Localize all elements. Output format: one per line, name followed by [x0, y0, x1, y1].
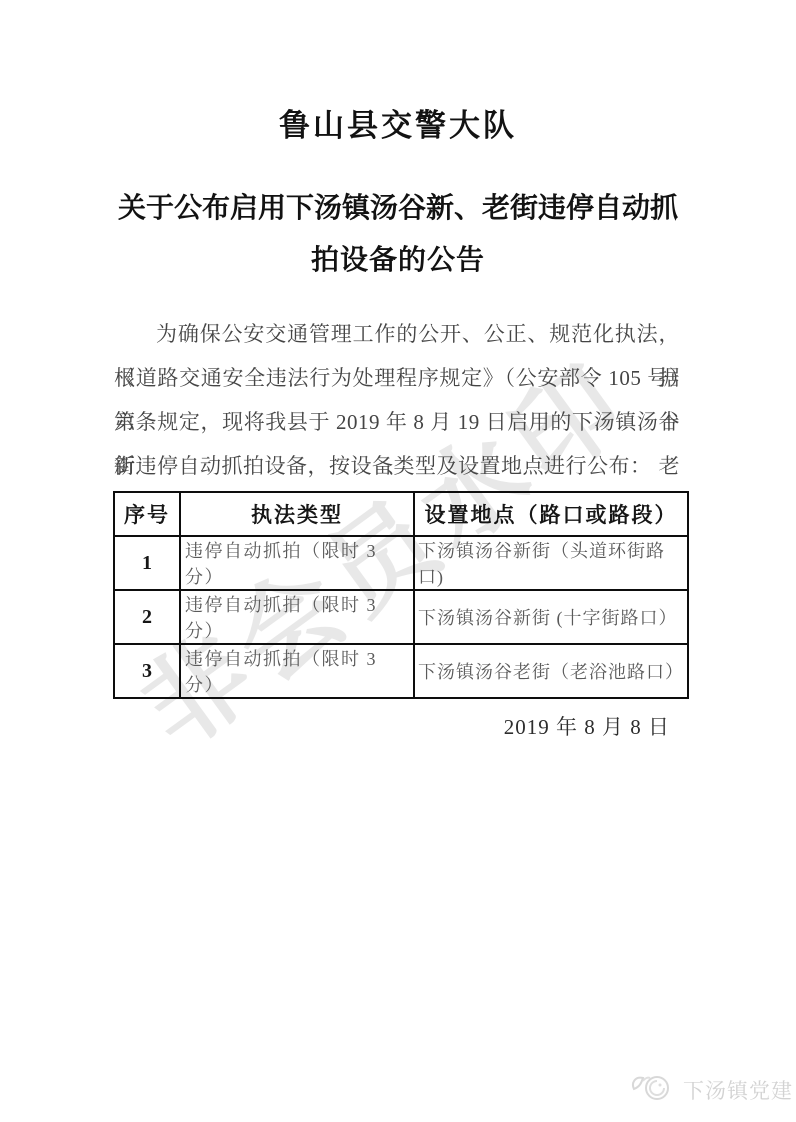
- body-paragraph: 为确保公安交通管理工作的公开、公正、规范化执法，根据《道路交通安全违法行为处理程…: [114, 312, 680, 488]
- header-location: 设置地点（路口或路段）: [414, 492, 688, 536]
- table-body: 1违停自动抓拍（限时 3 分）下汤镇汤谷新街（头道环街路口)2违停自动抓拍（限时…: [114, 536, 688, 698]
- cell-location: 下汤镇汤谷新街（头道环街路口): [414, 536, 688, 590]
- header-enforcement-type: 执法类型: [180, 492, 414, 536]
- cell-enforcement-type: 违停自动抓拍（限时 3 分）: [180, 536, 414, 590]
- cell-location: 下汤镇汤谷新街 (十字街路口）: [414, 590, 688, 644]
- announcement-page: 非会员水印 鲁山县交警大队 关于公布启用下汤镇汤谷新、老街违停自动抓 拍设备的公…: [0, 0, 796, 1122]
- footer-brand-label: 下汤镇党建: [683, 1075, 793, 1105]
- cell-serial-number: 2: [114, 590, 180, 644]
- table-row: 1违停自动抓拍（限时 3 分）下汤镇汤谷新街（头道环街路口): [114, 536, 688, 590]
- page-subtitle-line2: 拍设备的公告: [0, 238, 796, 278]
- cell-serial-number: 3: [114, 644, 180, 698]
- table-row: 2违停自动抓拍（限时 3 分）下汤镇汤谷新街 (十字街路口）: [114, 590, 688, 644]
- body-line: 《道路交通安全违法行为处理程序规定》（公安部令 105 号）第十: [114, 356, 680, 400]
- table-header-row: 序号 执法类型 设置地点（路口或路段）: [114, 492, 688, 536]
- issue-date: 2019 年 8 月 8 日: [504, 711, 670, 741]
- body-line: 为确保公安交通管理工作的公开、公正、规范化执法，根据: [114, 312, 680, 356]
- page-subtitle-line1: 关于公布启用下汤镇汤谷新、老街违停自动抓: [0, 186, 796, 226]
- enforcement-table: 序号 执法类型 设置地点（路口或路段） 1违停自动抓拍（限时 3 分）下汤镇汤谷…: [113, 491, 689, 699]
- table-row: 3违停自动抓拍（限时 3 分）下汤镇汤谷老街（老浴池路口）: [114, 644, 688, 698]
- cell-enforcement-type: 违停自动抓拍（限时 3 分）: [180, 590, 414, 644]
- cell-serial-number: 1: [114, 536, 180, 590]
- cell-enforcement-type: 违停自动抓拍（限时 3 分）: [180, 644, 414, 698]
- dove-emblem-icon: [630, 1069, 678, 1112]
- cell-location: 下汤镇汤谷老街（老浴池路口）: [414, 644, 688, 698]
- page-title: 鲁山县交警大队: [0, 100, 796, 145]
- enforcement-table-wrap: 序号 执法类型 设置地点（路口或路段） 1违停自动抓拍（限时 3 分）下汤镇汤谷…: [113, 491, 689, 699]
- body-line: 街违停自动抓拍设备，按设备类型及设置地点进行公布：: [114, 444, 680, 488]
- body-line: 六条规定，现将我县于 2019 年 8 月 19 日启用的下汤镇汤谷新、老: [114, 400, 680, 444]
- header-serial-number: 序号: [114, 492, 180, 536]
- footer-brand: 下汤镇党建: [630, 1070, 793, 1110]
